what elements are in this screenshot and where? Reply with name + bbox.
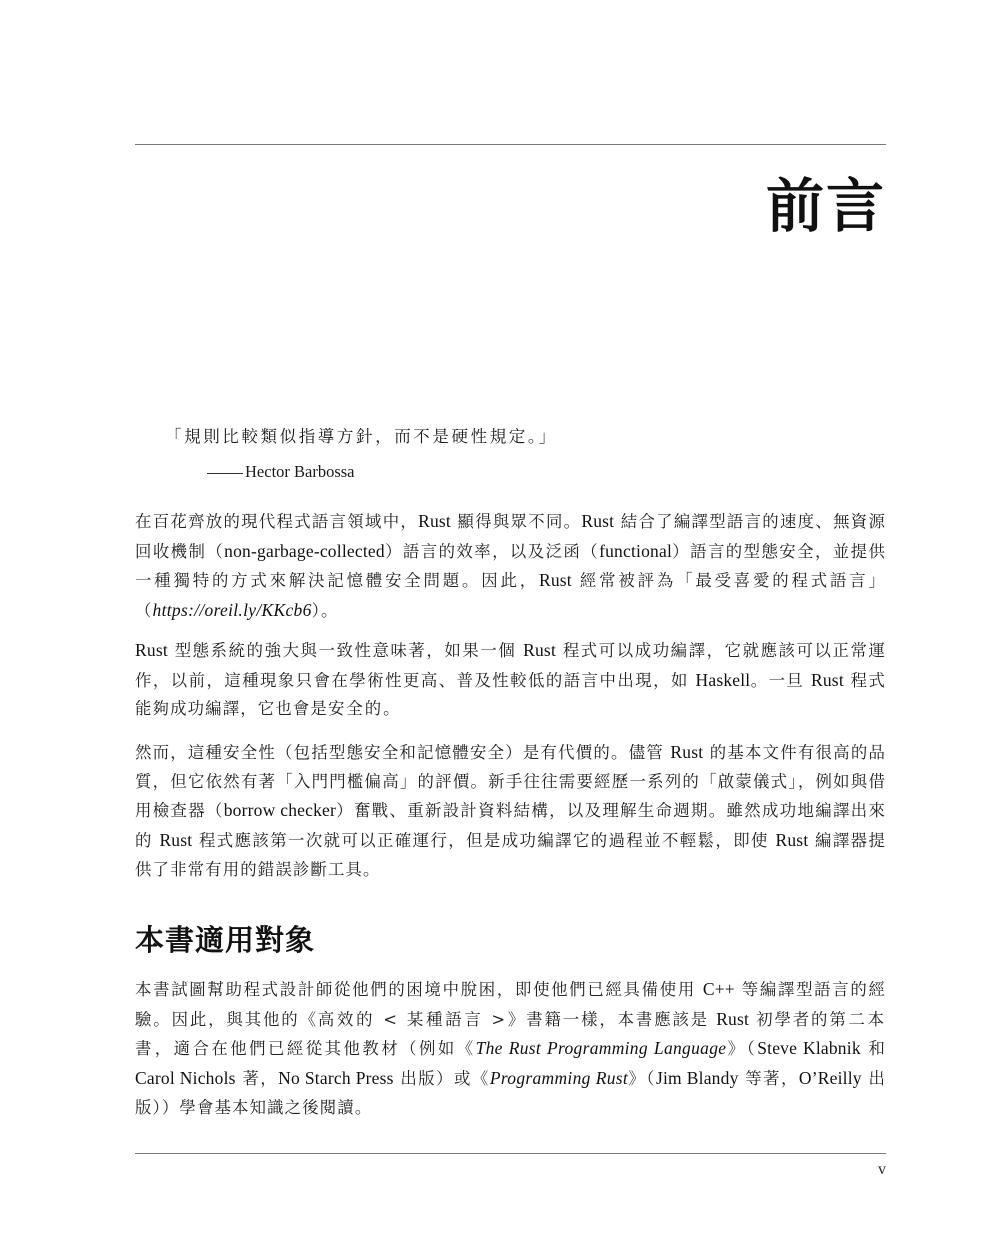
epigraph: 「規則比較類似指導方針，而不是硬性規定。」 Hector Barbossa xyxy=(165,423,865,485)
paragraph-text: 本書試圖幫助程式設計師從他們的困境中脫困，即使他們已經具備使用 C++ 等編譯型… xyxy=(135,975,886,1123)
bottom-rule xyxy=(135,1153,886,1154)
text-run: 》書籍一樣，本書應該是 xyxy=(507,1010,716,1029)
book-title-rust-programming-language: The Rust Programming Language xyxy=(476,1038,727,1058)
term-functional: functional xyxy=(599,541,672,561)
text-run: 》（ xyxy=(628,1069,656,1088)
text-run: 然而，這種安全性（包括型態安全和記憶體安全）是有代價的。儘管 xyxy=(135,743,670,762)
term-rust: Rust xyxy=(523,640,556,660)
author-name: Steve Klabnik xyxy=(757,1038,861,1058)
text-run: 和 xyxy=(861,1039,886,1058)
chapter-title: 前言 xyxy=(766,170,886,242)
term-rust: Rust xyxy=(670,742,703,762)
term-rust: Rust xyxy=(135,640,168,660)
survey-link[interactable]: https://oreil.ly/KKcb6 xyxy=(153,600,312,620)
text-run: 初學者的 xyxy=(749,1010,829,1029)
text-run: ，適合在他們已經從其他教材（例如《 xyxy=(155,1039,476,1058)
term-rust: Rust xyxy=(418,511,451,531)
paragraph-text: 在百花齊放的現代程式語言領域中，Rust 顯得與眾不同。Rust 結合了編譯型語… xyxy=(135,507,886,626)
text-run: ）語言的效率，以及泛函（ xyxy=(385,542,599,561)
text-run: 本書試圖幫助程式設計師從他們的困境中脫困，即使他們已經具備使用 xyxy=(135,980,703,999)
term-rust: Rust xyxy=(811,670,844,690)
paragraph-type-system: Rust 型態系統的強大與一致性意味著，如果一個 Rust 程式可以成功編譯，它… xyxy=(135,636,886,724)
paragraph-text: 然而，這種安全性（包括型態安全和記憶體安全）是有代價的。儘管 Rust 的基本文… xyxy=(135,738,886,885)
term-rust: Rust xyxy=(159,830,192,850)
paragraph-intro: 在百花齊放的現代程式語言領域中，Rust 顯得與眾不同。Rust 結合了編譯型語… xyxy=(135,507,886,626)
paragraph-cost: 然而，這種安全性（包括型態安全和記憶體安全）是有代價的。儘管 Rust 的基本文… xyxy=(135,738,886,885)
term-borrow-checker: borrow checker xyxy=(224,800,336,820)
epigraph-quote: 「規則比較類似指導方針，而不是硬性規定。」 xyxy=(165,423,865,451)
text-run: 程式應該第一次就可以正確運行，但是成功編譯它的過程並不輕鬆，即使 xyxy=(192,831,775,850)
page-number: v xyxy=(878,1161,886,1179)
emphasis-safe: 安全的 xyxy=(328,699,383,718)
book-series-title: 高效的 < 某種語言 > xyxy=(318,1010,507,1029)
term-rust: Rust xyxy=(716,1009,749,1029)
text-run: 顯得與眾不同。 xyxy=(451,512,581,531)
term-rust: Rust xyxy=(775,830,808,850)
em-dash-rule xyxy=(207,473,243,474)
text-run: 。 xyxy=(383,699,401,718)
book-title-programming-rust: Programming Rust xyxy=(490,1068,628,1088)
text-run: ）。 xyxy=(312,601,339,620)
text-run: 。一旦 xyxy=(750,671,811,690)
text-run: 等著， xyxy=(739,1069,799,1088)
publisher-name: No Starch Press xyxy=(278,1068,394,1088)
paragraph-text: Rust 型態系統的強大與一致性意味著，如果一個 Rust 程式可以成功編譯，它… xyxy=(135,636,886,724)
text-run: 在百花齊放的現代程式語言領域中， xyxy=(135,512,418,531)
publisher-name: O’Reilly xyxy=(799,1068,862,1088)
term-cpp: C++ xyxy=(703,979,735,999)
text-run: 型態系統的強大與一致性意味著，如果一個 xyxy=(168,641,523,660)
term-rust: Rust xyxy=(539,570,572,590)
term-rust: Rust xyxy=(581,511,614,531)
text-run: 》（ xyxy=(726,1039,757,1058)
top-rule xyxy=(135,144,886,145)
text-run: 出版）或《 xyxy=(394,1069,490,1088)
epigraph-attribution: Hector Barbossa xyxy=(207,459,865,485)
attribution-name: Hector Barbossa xyxy=(245,462,355,481)
paragraph-audience: 本書試圖幫助程式設計師從他們的困境中脫困，即使他們已經具備使用 C++ 等編譯型… xyxy=(135,975,886,1123)
term-non-garbage-collected: non-garbage-collected xyxy=(224,541,385,561)
text-run: 著， xyxy=(236,1069,279,1088)
author-name: Jim Blandy xyxy=(656,1068,739,1088)
author-name: Carol Nichols xyxy=(135,1068,236,1088)
term-haskell: Haskell xyxy=(696,670,751,690)
section-heading-audience: 本書適用對象 xyxy=(135,918,315,962)
